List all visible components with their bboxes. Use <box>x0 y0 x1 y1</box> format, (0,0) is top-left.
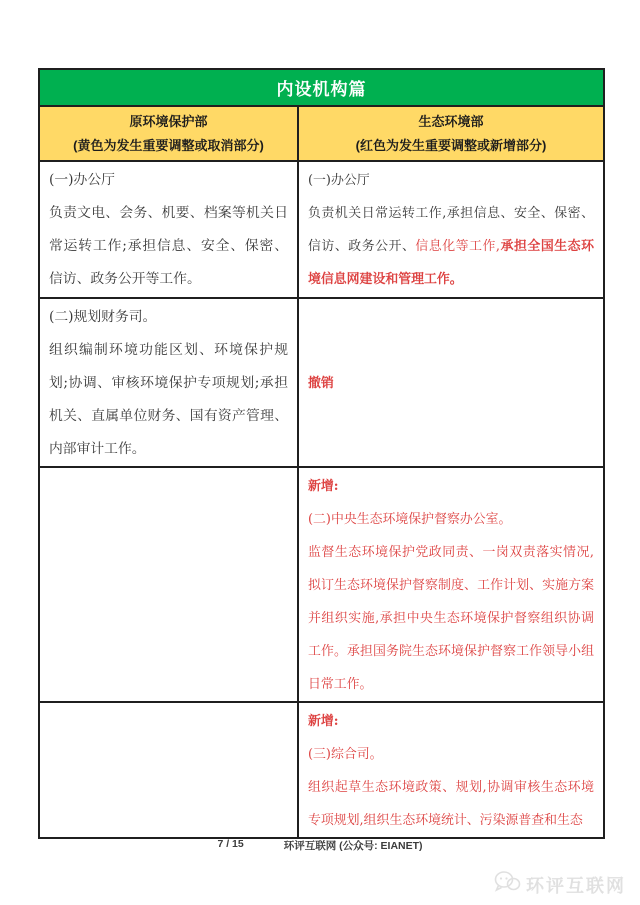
old-planning-finance-body: 组织编制环境功能区划、环境保护规划;协调、审核环境保护专项规划;承担机关、直属单… <box>49 334 288 466</box>
new-label-1: 新增: <box>308 470 594 503</box>
page-footer: 7 / 15 环评互联网 (公众号: EIANET) <box>0 838 640 853</box>
document-page: 内设机构篇 原环境保护部 (黄色为发生重要调整或取消部分) 生态环境部 (红色为… <box>0 0 640 905</box>
old-general-office-body: 负责文电、会务、机要、档案等机关日常运转工作;承担信息、安全、保密、信访、政务公… <box>49 197 288 296</box>
table-title: 内设机构篇 <box>39 69 604 106</box>
cell-old-empty-2 <box>39 702 298 838</box>
cell-new-comprehensive-dept: 新增: (三)综合司。 组织起草生态环境政策、规划,协调审核生态环境专项规划,组… <box>298 702 604 838</box>
new-general-office-heading: (一)办公厅 <box>308 164 594 197</box>
new-general-office-body: 负责机关日常运转工作,承担信息、安全、保密、信访、政务公开、信息化等工作,承担全… <box>308 197 594 296</box>
old-planning-finance-heading: (二)规划财务司。 <box>49 301 288 334</box>
cell-old-empty-1 <box>39 467 298 702</box>
page-number: 7 / 15 <box>217 838 243 853</box>
cell-new-inspection-office: 新增: (二)中央生态环境保护督察办公室。 监督生态环境保护党政同责、一岗双责落… <box>298 467 604 702</box>
new-ministry-title: 生态环境部 <box>299 110 603 134</box>
inspection-office-body: 监督生态环境保护党政同责、一岗双责落实情况,拟订生态环境保护督察制度、工作计划、… <box>308 536 594 701</box>
org-comparison-table: 内设机构篇 原环境保护部 (黄色为发生重要调整或取消部分) 生态环境部 (红色为… <box>38 68 605 839</box>
cell-old-general-office: (一)办公厅 负责文电、会务、机要、档案等机关日常运转工作;承担信息、安全、保密… <box>39 161 298 298</box>
watermark: 环评互联网 <box>493 870 626 899</box>
revoked-status: 撤销 <box>308 367 594 400</box>
new-label-2: 新增: <box>308 705 594 738</box>
cell-new-planning-finance: 撤销 <box>298 298 604 467</box>
wechat-icon <box>493 870 521 899</box>
column-header-new-ministry: 生态环境部 (红色为发生重要调整或新增部分) <box>298 106 604 161</box>
old-general-office-heading: (一)办公厅 <box>49 164 288 197</box>
old-ministry-subtitle: (黄色为发生重要调整或取消部分) <box>40 134 297 158</box>
watermark-text: 环评互联网 <box>526 872 626 898</box>
new-ministry-subtitle: (红色为发生重要调整或新增部分) <box>299 134 603 158</box>
comprehensive-dept-body: 组织起草生态环境政策、规划,协调审核生态环境专项规划,组织生态环境统计、污染源普… <box>308 771 594 837</box>
old-ministry-title: 原环境保护部 <box>40 110 297 134</box>
comprehensive-dept-heading: (三)综合司。 <box>308 738 594 771</box>
footer-source: 环评互联网 (公众号: EIANET) <box>284 838 423 853</box>
column-header-old-ministry: 原环境保护部 (黄色为发生重要调整或取消部分) <box>39 106 298 161</box>
inspection-office-heading: (二)中央生态环境保护督察办公室。 <box>308 503 594 536</box>
cell-new-general-office: (一)办公厅 负责机关日常运转工作,承担信息、安全、保密、信访、政务公开、信息化… <box>298 161 604 298</box>
cell-old-planning-finance: (二)规划财务司。 组织编制环境功能区划、环境保护规划;协调、审核环境保护专项规… <box>39 298 298 467</box>
